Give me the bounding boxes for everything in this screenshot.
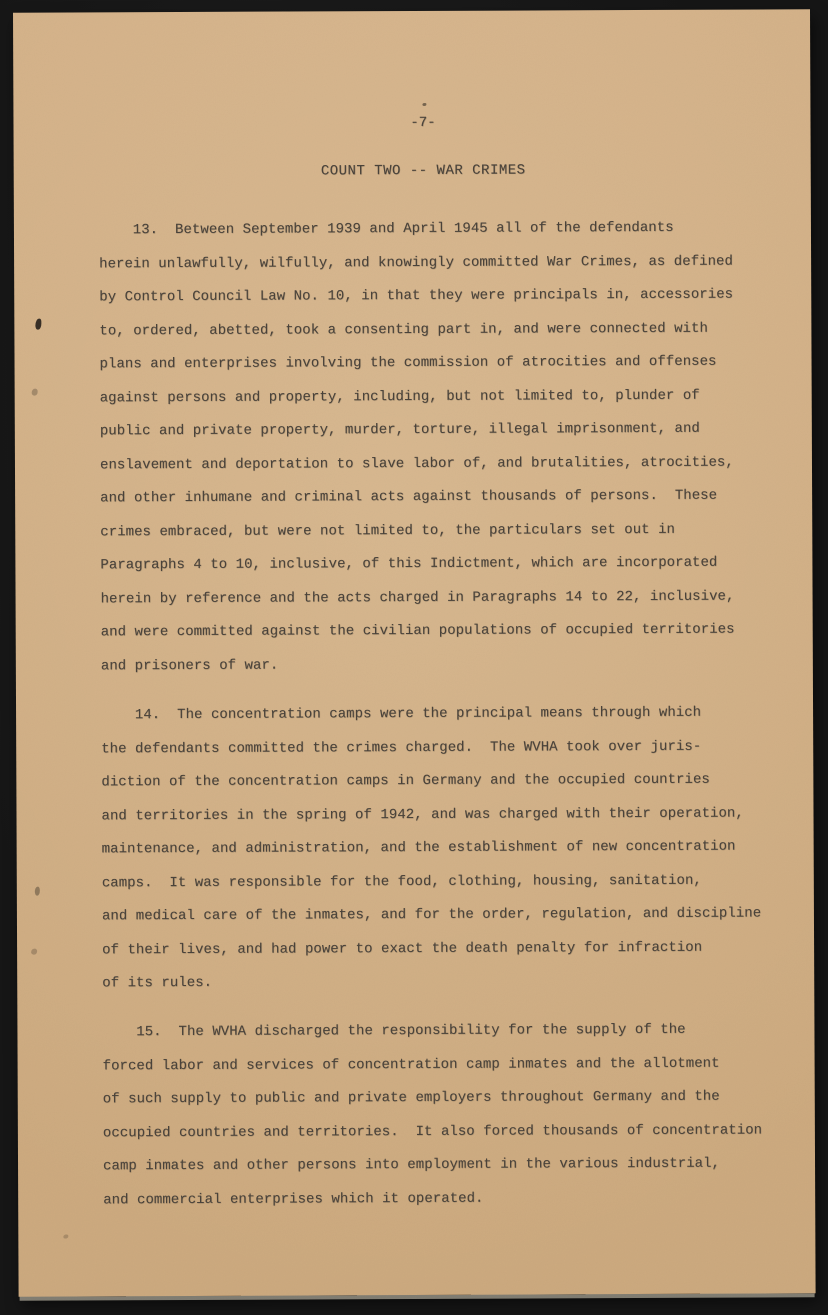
paragraph-14: 14. The concentration camps were the pri… (101, 696, 806, 1001)
heading-row: COUNT TWO -- WAR CRIMES (25, 159, 822, 182)
text-line: and prisoners of war. (101, 647, 805, 684)
text-line: and commercial enterprises which it oper… (103, 1181, 807, 1218)
text-line: enslavement and deportation to slave lab… (100, 446, 804, 483)
text-line: 13. Between September 1939 and April 194… (99, 211, 803, 248)
text-line: plans and enterprises involving the comm… (99, 345, 803, 382)
text-line: of such supply to public and private emp… (103, 1080, 807, 1117)
text-line: the defendants committed the crimes char… (101, 730, 805, 767)
section-heading: COUNT TWO -- WAR CRIMES (321, 163, 526, 180)
text-line: by Control Council Law No. 10, in that t… (99, 278, 803, 315)
text-line: diction of the concentration camps in Ge… (101, 763, 805, 800)
ink-speck (32, 389, 38, 396)
ink-speck (31, 949, 37, 955)
ink-speck (422, 103, 426, 106)
text-line: and other inhumane and criminal acts aga… (100, 479, 804, 516)
ink-speck (35, 319, 41, 330)
text-line: Paragraphs 4 to 10, inclusive, of this I… (100, 546, 804, 583)
page-number-row: -7- (24, 111, 821, 134)
text-line: 14. The concentration camps were the pri… (101, 696, 805, 733)
text-line: to, ordered, abetted, took a consenting … (99, 312, 803, 349)
text-line: of its rules. (102, 964, 806, 1001)
text-line: and were committed against the civilian … (101, 613, 805, 650)
document-page: -7- COUNT TWO -- WAR CRIMES 13. Between … (13, 9, 816, 1296)
text-line: 15. The WVHA discharged the responsibili… (102, 1013, 806, 1050)
text-line: and territories in the spring of 1942, a… (101, 797, 805, 834)
ink-speck (63, 1235, 68, 1239)
text-line: herein by reference and the acts charged… (100, 580, 804, 617)
text-line: forced labor and services of concentrati… (103, 1047, 807, 1084)
paragraph-15: 15. The WVHA discharged the responsibili… (102, 1013, 807, 1217)
text-line: occupied countries and territories. It a… (103, 1114, 807, 1151)
text-line: public and private property, murder, tor… (100, 412, 804, 449)
page-number: -7- (410, 115, 435, 131)
text-line: herein unlawfully, wilfully, and knowing… (99, 245, 803, 282)
ink-speck (35, 887, 40, 896)
text-line: maintenance, and administration, and the… (102, 830, 806, 867)
scan-background: -7- COUNT TWO -- WAR CRIMES 13. Between … (0, 0, 828, 1315)
text-line: and medical care of the inmates, and for… (102, 897, 806, 934)
text-line: against persons and property, including,… (100, 379, 804, 416)
text-line: of their lives, and had power to exact t… (102, 931, 806, 968)
paragraph-13: 13. Between September 1939 and April 194… (99, 211, 805, 683)
text-line: camps. It was responsible for the food, … (102, 864, 806, 901)
text-line: crimes embraced, but were not limited to… (100, 513, 804, 550)
text-line: camp inmates and other persons into empl… (103, 1147, 807, 1184)
